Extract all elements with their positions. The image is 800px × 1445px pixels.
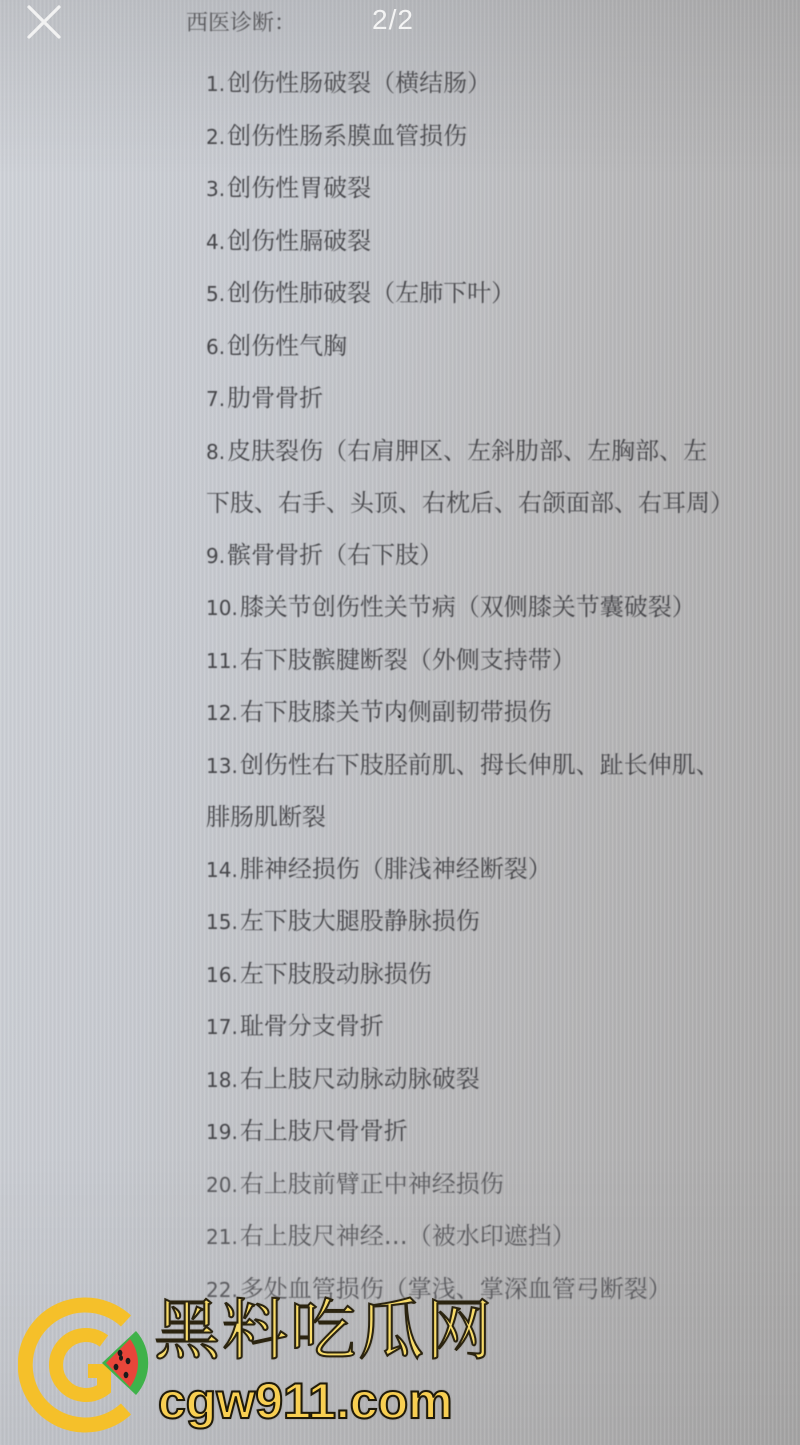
diagnosis-item: 14.腓神经损伤（腓浅神经断裂）: [206, 844, 726, 897]
diagnosis-item: 19.右上肢尺骨骨折: [206, 1106, 726, 1159]
diagnosis-item: 1.创伤性肠破裂（横结肠）: [206, 58, 726, 111]
diagnosis-item: 9.髌骨骨折（右下肢）: [206, 530, 726, 583]
diagnosis-item: 10.膝关节创伤性关节病（双侧膝关节囊破裂）: [206, 582, 726, 635]
image-viewer[interactable]: 西医诊断： 1.创伤性肠破裂（横结肠） 2.创伤性肠系膜血管损伤 3.创伤性胃破…: [0, 0, 800, 1445]
diagnosis-list: 1.创伤性肠破裂（横结肠） 2.创伤性肠系膜血管损伤 3.创伤性胃破裂 4.创伤…: [206, 58, 726, 1316]
close-button[interactable]: [24, 2, 64, 42]
diagnosis-item: 2.创伤性肠系膜血管损伤: [206, 111, 726, 164]
watermark: 黑料吃瓜网 cgw911.com: [18, 1295, 498, 1435]
diagnosis-item: 12.右下肢膝关节内侧副韧带损伤: [206, 687, 726, 740]
page-counter: 2/2: [372, 4, 414, 36]
diagnosis-item: 13.创伤性右下肢胫前肌、拇长伸肌、趾长伸肌、腓肠肌断裂: [206, 740, 726, 844]
diagnosis-item: 17.耻骨分支骨折: [206, 1001, 726, 1054]
diagnosis-heading: 西医诊断：: [186, 6, 296, 37]
diagnosis-item: 16.左下肢股动脉损伤: [206, 949, 726, 1002]
diagnosis-item: 4.创伤性膈破裂: [206, 216, 726, 269]
diagnosis-item: 18.右上肢尺动脉动脉破裂: [206, 1054, 726, 1107]
diagnosis-item: 11.右下肢髌腱断裂（外侧支持带）: [206, 635, 726, 688]
stray-dot: [398, 715, 401, 718]
watermark-url: cgw911.com: [158, 1373, 453, 1429]
diagnosis-item-occluded: 21.右上肢尺神经…（被水印遮挡）: [206, 1211, 726, 1264]
diagnosis-item: 7.肋骨骨折: [206, 373, 726, 426]
diagnosis-item: 3.创伤性胃破裂: [206, 163, 726, 216]
diagnosis-item: 5.创伤性肺破裂（左肺下叶）: [206, 268, 726, 321]
diagnosis-item: 20.右上肢前臂正中神经损伤: [206, 1159, 726, 1212]
watermark-title: 黑料吃瓜网: [154, 1291, 494, 1371]
diagnosis-item: 15.左下肢大腿股静脉损伤: [206, 896, 726, 949]
diagnosis-item: 6.创伤性气胸: [206, 321, 726, 374]
diagnosis-item: 8.皮肤裂伤（右肩胛区、左斜肋部、左胸部、左下肢、右手、头顶、右枕后、右颌面部、…: [206, 426, 726, 530]
close-icon: [24, 2, 64, 42]
cg-watermelon-logo-icon: [18, 1295, 158, 1435]
